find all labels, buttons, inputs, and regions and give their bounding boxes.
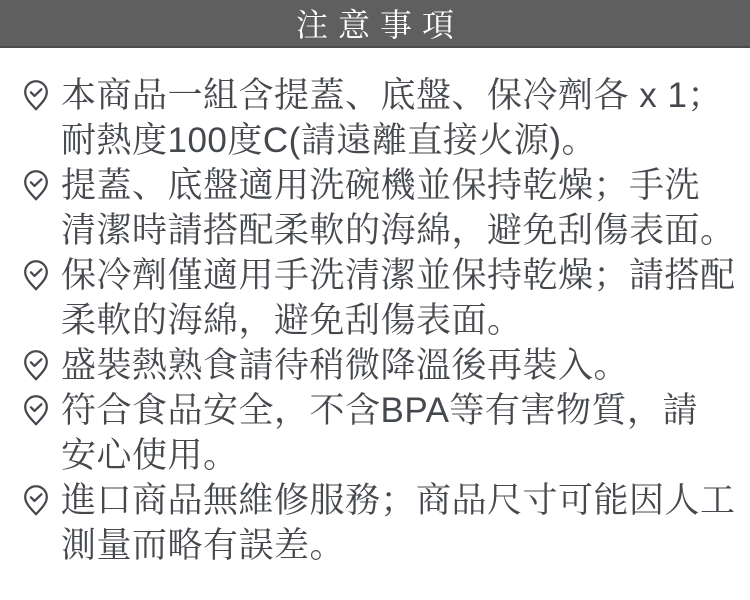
notice-list: 本商品一組含提蓋、底盤、保冷劑各 x 1； 耐熱度100度C(請遠離直接火源)。… (0, 48, 750, 568)
note-line: 測量而略有誤差。 (61, 523, 736, 568)
note-item: 本商品一組含提蓋、底盤、保冷劑各 x 1； 耐熱度100度C(請遠離直接火源)。 (18, 73, 740, 163)
page-title: 注意事項 (286, 0, 464, 46)
note-text: 提蓋、底盤適用洗碗機並保持乾燥；手洗 清潔時請搭配柔軟的海綿，避免刮傷表面。 (61, 163, 736, 253)
note-item: 盛裝熱熟食請待稍微降溫後再裝入。 (18, 343, 740, 388)
note-item: 符合食品安全，不含BPA等有害物質，請 安心使用。 (18, 388, 740, 478)
pin-check-icon (18, 347, 54, 383)
note-line: 清潔時請搭配柔軟的海綿，避免刮傷表面。 (61, 208, 736, 253)
note-line: 進口商品無維修服務；商品尺寸可能因人工 (61, 478, 736, 523)
header-bar: 注意事項 (0, 0, 750, 48)
note-line: 安心使用。 (61, 433, 698, 478)
note-text: 進口商品無維修服務；商品尺寸可能因人工 測量而略有誤差。 (61, 478, 736, 568)
note-line: 提蓋、底盤適用洗碗機並保持乾燥；手洗 (61, 163, 736, 208)
note-line: 本商品一組含提蓋、底盤、保冷劑各 x 1； (61, 73, 723, 118)
pin-check-icon (18, 482, 54, 518)
note-text: 保冷劑僅適用手洗清潔並保持乾燥；請搭配 柔軟的海綿，避免刮傷表面。 (61, 253, 736, 343)
pin-check-icon (18, 392, 54, 428)
note-line: 盛裝熱熟食請待稍微降溫後再裝入。 (61, 343, 629, 388)
note-text: 本商品一組含提蓋、底盤、保冷劑各 x 1； 耐熱度100度C(請遠離直接火源)。 (61, 73, 723, 163)
note-line: 耐熱度100度C(請遠離直接火源)。 (61, 118, 723, 163)
pin-check-icon (18, 167, 54, 203)
note-item: 保冷劑僅適用手洗清潔並保持乾燥；請搭配 柔軟的海綿，避免刮傷表面。 (18, 253, 740, 343)
note-line: 保冷劑僅適用手洗清潔並保持乾燥；請搭配 (61, 253, 736, 298)
note-item: 提蓋、底盤適用洗碗機並保持乾燥；手洗 清潔時請搭配柔軟的海綿，避免刮傷表面。 (18, 163, 740, 253)
note-text: 符合食品安全，不含BPA等有害物質，請 安心使用。 (61, 388, 698, 478)
note-item: 進口商品無維修服務；商品尺寸可能因人工 測量而略有誤差。 (18, 478, 740, 568)
note-line: 柔軟的海綿，避免刮傷表面。 (61, 298, 736, 343)
pin-check-icon (18, 257, 54, 293)
note-line: 符合食品安全，不含BPA等有害物質，請 (61, 388, 698, 433)
pin-check-icon (18, 77, 54, 113)
note-text: 盛裝熱熟食請待稍微降溫後再裝入。 (61, 343, 629, 388)
notice-panel: 注意事項 本商品一組含提蓋、底盤、保冷劑各 x 1； 耐熱度100度C(請遠離直… (0, 0, 750, 600)
